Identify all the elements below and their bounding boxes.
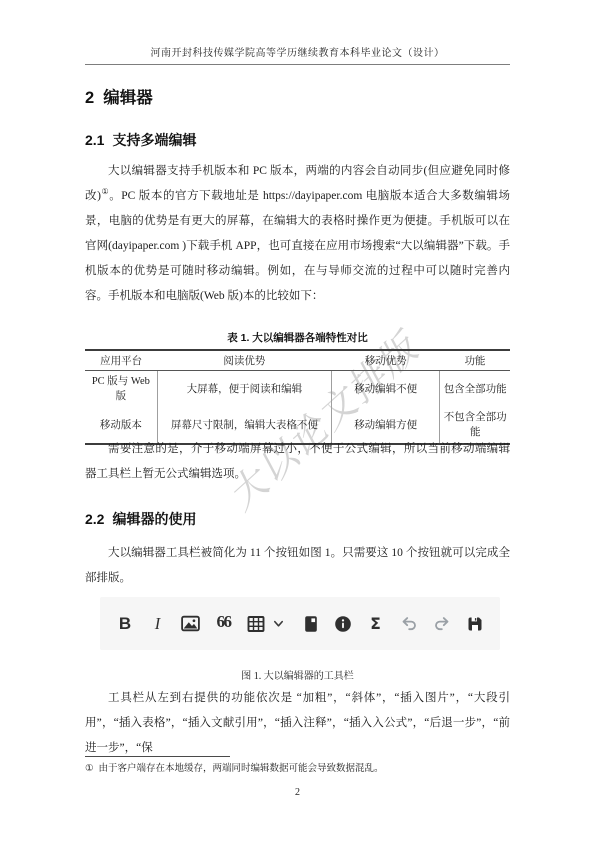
- paragraph-text: 。PC 版本的官方下载地址是 https://dayipaper.com 电脑版…: [85, 190, 510, 302]
- table-header-cell: 移动优势: [332, 350, 440, 371]
- save-icon: [465, 612, 485, 636]
- insert-formula-icon: Σ: [366, 612, 386, 636]
- insert-citation-icon: [301, 612, 321, 636]
- blockquote-icon: 66: [214, 610, 234, 634]
- table-row: PC 版与 Web 版 大屏幕，便于阅读和编辑 移动编辑不便 包含全部功能: [85, 371, 510, 408]
- section-2-2-heading: 2.2编辑器的使用: [85, 509, 196, 529]
- bold-icon: B: [115, 612, 135, 636]
- table-cell: PC 版与 Web 版: [85, 371, 157, 408]
- table-header-row: 应用平台 阅读优势 移动优势 功能: [85, 350, 510, 371]
- chapter-heading: 2编辑器: [85, 84, 153, 108]
- page-header-title: 河南开封科技传媒学院高等学历继续教育本科毕业论文（设计）: [85, 44, 510, 59]
- paragraph-toolbar-functions: 工具栏从左到右提供的功能依次是 “加粗”，“斜体”，“插入图片”，“大段引用”，…: [85, 686, 510, 761]
- insert-image-icon: [180, 612, 201, 636]
- insert-table-icon: [246, 612, 266, 636]
- section-2-1-heading: 2.1支持多端编辑: [85, 130, 196, 150]
- table-cell: 包含全部功能: [440, 371, 510, 408]
- comparison-table: 应用平台 阅读优势 移动优势 功能 PC 版与 Web 版 大屏幕，便于阅读和编…: [85, 349, 510, 445]
- section-2-2-title: 编辑器的使用: [112, 511, 196, 527]
- table-cell: 移动编辑不便: [332, 371, 440, 408]
- insert-table-group: [246, 612, 288, 636]
- table-header-cell: 应用平台: [85, 350, 157, 371]
- document-page: 河南开封科技传媒学院高等学历继续教育本科毕业论文（设计） 大以论文排版 2编辑器…: [0, 0, 595, 842]
- insert-note-info-icon: [333, 612, 353, 636]
- section-2-1-title: 支持多端编辑: [112, 132, 196, 148]
- table-header-cell: 功能: [440, 350, 510, 371]
- footnote-mark: ①: [85, 764, 94, 774]
- paragraph-multi-device: 大以编辑器支持手机版本和 PC 版本，两端的内容会自动同步(但应避免同时修改)①…: [85, 159, 510, 309]
- undo-icon: [398, 612, 419, 636]
- footnote-separator: [85, 756, 230, 757]
- chevron-down-icon: [268, 612, 288, 636]
- figure-caption: 图 1. 大以编辑器的工具栏: [85, 667, 510, 682]
- redo-icon: [432, 612, 453, 636]
- table-cell: 大屏幕，便于阅读和编辑: [157, 371, 331, 408]
- section-2-2-number: 2.2: [85, 511, 104, 527]
- header-rule: [85, 64, 510, 65]
- table-caption: 表 1. 大以编辑器各端特性对比: [85, 330, 510, 345]
- page-number: 2: [0, 787, 595, 798]
- footnote-text: 由于客户端存在本地缓存，两端同时编辑数据可能会导致数据混乱。: [99, 764, 384, 774]
- footnote: ①由于客户端存在本地缓存，两端同时编辑数据可能会导致数据混乱。: [85, 762, 510, 776]
- italic-icon: I: [148, 612, 168, 636]
- figure-toolbar-image: B I 66: [100, 597, 500, 650]
- chapter-number: 2: [85, 89, 94, 107]
- section-2-1-number: 2.1: [85, 132, 104, 148]
- table-header-cell: 阅读优势: [157, 350, 331, 371]
- chapter-title: 编辑器: [103, 89, 153, 107]
- paragraph-toolbar-intro: 大以编辑器工具栏被简化为 11 个按钮如图 1。只需要这 10 个按钮就可以完成…: [85, 541, 510, 591]
- paragraph-note-formula: 需要注意的是，介于移动端屏幕过小，不便于公式编辑，所以当前移动端编辑器工具栏上暂…: [85, 437, 510, 487]
- footnote-reference-mark: ①: [101, 187, 109, 196]
